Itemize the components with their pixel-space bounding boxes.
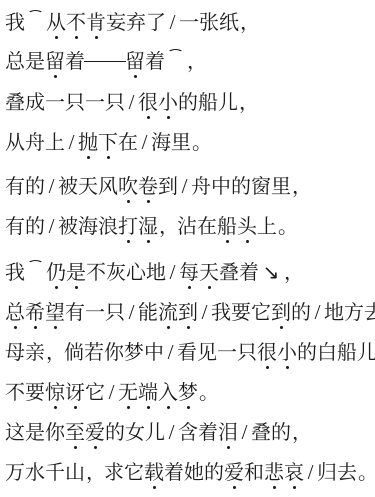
poem-char: 叠 (251, 413, 271, 453)
poem-char: 从 (5, 123, 25, 163)
poem-char: 我 (211, 293, 231, 333)
poem-char-emphasized: 梦 (178, 373, 198, 413)
poem-line: 我从不肯妄弃了/一张纸， (5, 2, 375, 42)
poem-char: 的 (25, 207, 45, 247)
poem-line: 我仍是不灰心地/每天叠着↘， (5, 252, 375, 292)
poem-char: 被 (58, 167, 78, 207)
pause-slash: / (166, 2, 179, 42)
pause-slash: / (198, 292, 211, 332)
poem-char-emphasized: 小 (277, 333, 297, 373)
poem-char: 叠 (5, 83, 25, 123)
pause-slash: / (105, 372, 118, 412)
poem-char: 山 (65, 453, 85, 493)
poem-char-emphasized: 爱 (224, 453, 244, 493)
poem-char: 了 (146, 3, 166, 43)
poem-char: 它 (251, 293, 271, 333)
poem-char: 着 (145, 42, 165, 82)
punctuation: ， (291, 167, 310, 207)
poem-char: 船 (198, 83, 218, 123)
poem-char: 这 (5, 413, 25, 453)
poem-char: 不 (5, 373, 25, 413)
poem-char: 里 (271, 167, 291, 207)
poem-char: 去 (364, 293, 375, 333)
poem-char: 里 (171, 123, 191, 163)
poem-char-emphasized: 头 (237, 207, 257, 247)
poem-char-emphasized: 卷 (138, 167, 158, 207)
punctuation: ， (45, 333, 64, 373)
poem-char: 叠 (219, 253, 239, 293)
poem-char: 若 (84, 333, 104, 373)
poem-char-emphasized: 爱 (85, 413, 105, 453)
pause-slash: / (165, 412, 178, 452)
poem-char-emphasized: 惊 (45, 373, 65, 413)
poem-char: 海 (151, 123, 171, 163)
poem-char: 倘 (64, 333, 84, 373)
poem-char: 不 (86, 253, 106, 293)
poem-char: 儿 (218, 83, 238, 123)
liaison-arc-icon (26, 260, 45, 272)
poem-char: 归 (317, 453, 337, 493)
poem-char: 舟 (191, 167, 211, 207)
poem-char: 浪 (98, 207, 118, 247)
pause-slash: / (125, 292, 138, 332)
poem-char: 在 (118, 123, 138, 163)
punctuation: ， (238, 83, 257, 123)
poem-char: 成 (25, 83, 45, 123)
punctuation: 。 (277, 207, 296, 247)
poem-line: 这是你至爱的女儿/含着泪/叠的， (5, 412, 375, 452)
punctuation: ， (85, 453, 104, 493)
poem-char: 要 (231, 293, 251, 333)
poem-char: 上 (45, 123, 65, 163)
poem-char: 的 (297, 333, 317, 373)
poem-char-emphasized: 讶 (65, 373, 85, 413)
poem-line: 从舟上/抛下在/海里。 (5, 122, 375, 162)
poem-char: 它 (124, 453, 144, 493)
poem-char: 妄 (106, 3, 126, 43)
poem-char: 弃 (126, 3, 146, 43)
falling-tone-arrow-icon: ↘ (259, 252, 283, 292)
poem-char-emphasized: 哀 (284, 453, 304, 493)
punctuation: ， (291, 413, 310, 453)
poem-char-emphasized: 打 (118, 207, 138, 247)
poem-char: 一 (179, 3, 199, 43)
poem-char: 一 (85, 83, 105, 123)
poem-line: 叠成一只一只/很小的船儿， (5, 82, 375, 122)
poem-char-emphasized: 每 (179, 253, 199, 293)
poem-char: 着 (65, 42, 85, 82)
poem-char: 的 (291, 293, 311, 333)
poem-char-emphasized: 到 (178, 293, 198, 333)
poem-char: 万 (5, 453, 25, 493)
poem-char-emphasized: 悲 (264, 453, 284, 493)
poem-char: 纸 (219, 3, 239, 43)
punctuation: 。 (198, 373, 217, 413)
punctuation: ， (186, 42, 205, 82)
poem-char: 有 (5, 207, 25, 247)
poem-char-emphasized: 泪 (218, 413, 238, 453)
pause-slash: / (45, 166, 58, 206)
pause-slash: / (178, 166, 191, 206)
poem-char: 的 (105, 413, 125, 453)
poem-char: 白 (317, 333, 337, 373)
poem-char-emphasized: 流 (158, 293, 178, 333)
poem-char: 看 (177, 333, 197, 373)
poem-char-emphasized: 留 (125, 42, 145, 82)
poem-char-emphasized: 仍 (46, 253, 66, 293)
poem-char: 见 (197, 333, 217, 373)
dash-mark (105, 42, 125, 82)
poem-char: 含 (178, 413, 198, 453)
poem-text: 我从不肯妄弃了/一张纸，总是留着留着，叠成一只一只/很小的船儿，从舟上/抛下在/… (0, 0, 375, 492)
poem-line: 有的/被天风吹卷到/舟中的窗里， (5, 166, 375, 206)
poem-char: 灰 (106, 253, 126, 293)
poem-char: 中 (211, 167, 231, 207)
pause-slash: / (45, 206, 58, 246)
poem-line: 有的/被海浪打湿，沾在船头上。 (5, 206, 375, 246)
poem-char-emphasized: 湿 (138, 207, 158, 247)
poem-line: 万水千山，求它载着她的爱和悲哀/归去。 (5, 452, 375, 492)
poem-char-emphasized: 无 (118, 373, 138, 413)
poem-char: 一 (45, 83, 65, 123)
poem-char-emphasized: 入 (158, 373, 178, 413)
poem-char-emphasized: 从 (46, 3, 66, 43)
poem-line: 总是留着留着， (5, 42, 375, 82)
poem-char: 求 (104, 453, 124, 493)
poem-char-emphasized: 望 (45, 293, 65, 333)
poem-char: 只 (105, 83, 125, 123)
poem-char: 张 (199, 3, 219, 43)
liaison-arc-icon (26, 10, 45, 22)
poem-char-emphasized: 天 (199, 253, 219, 293)
poem-char-emphasized: 很 (138, 83, 158, 123)
poem-char: 去 (337, 453, 357, 493)
poem-char-emphasized: 希 (25, 293, 45, 333)
poem-char: 的 (25, 167, 45, 207)
liaison-arc-icon (166, 49, 185, 61)
poem-line: 不要惊讶它/无端入梦。 (5, 372, 375, 412)
poem-char: 窗 (251, 167, 271, 207)
poem-char: 只 (237, 333, 257, 373)
poem-char: 它 (85, 373, 105, 413)
poem-char-emphasized: 是 (66, 253, 86, 293)
poem-char: 你 (45, 413, 65, 453)
poem-char: 有 (65, 293, 85, 333)
poem-char-emphasized: 至 (65, 413, 85, 453)
poem-char: 着 (239, 253, 259, 293)
poem-char-emphasized: 抛 (78, 123, 98, 163)
poem-char: 梦 (124, 333, 144, 373)
poem-char: 是 (25, 413, 45, 453)
poem-char: 儿 (145, 413, 165, 453)
punctuation: ， (239, 3, 258, 43)
poem-char: 的 (178, 83, 198, 123)
poem-char: 和 (244, 453, 264, 493)
pause-slash: / (164, 332, 177, 372)
poem-char: 沾 (177, 207, 197, 247)
poem-char: 地 (324, 293, 344, 333)
poem-char: 风 (98, 167, 118, 207)
pause-slash: / (166, 252, 179, 292)
poem-char-emphasized: 小 (158, 83, 178, 123)
poem-char: 女 (125, 413, 145, 453)
pause-slash: / (65, 122, 78, 162)
poem-char-emphasized: 到 (271, 293, 291, 333)
punctuation: ， (158, 207, 177, 247)
poem-char: 儿 (357, 333, 375, 373)
poem-char: 母 (5, 333, 25, 373)
poem-char: 的 (271, 413, 291, 453)
poem-char-emphasized: 船 (217, 207, 237, 247)
poem-char: 亲 (25, 333, 45, 373)
punctuation: ， (283, 253, 302, 293)
poem-char: 海 (78, 207, 98, 247)
poem-char: 千 (45, 453, 65, 493)
poem-line: 总希望有一只/能流到/我要它到的/地方去。 (5, 292, 375, 332)
poem-char: 天 (78, 167, 98, 207)
poem-char-emphasized: 很 (257, 333, 277, 373)
poem-char: 只 (65, 83, 85, 123)
poem-char: 的 (204, 453, 224, 493)
poem-char-emphasized: 吹 (118, 167, 138, 207)
poem-char: 船 (337, 333, 357, 373)
poem-char: 是 (25, 42, 45, 82)
pause-slash: / (138, 122, 151, 162)
poem-char-emphasized: 总 (5, 293, 25, 333)
poem-char: 着 (164, 453, 184, 493)
poem-char: 着 (198, 413, 218, 453)
poem-char: 能 (138, 293, 158, 333)
poem-char: 我 (5, 253, 25, 293)
pause-slash: / (238, 412, 251, 452)
poem-char: 水 (25, 453, 45, 493)
poem-char: 我 (5, 3, 25, 43)
poem-char: 要 (25, 373, 45, 413)
poem-char-emphasized: 肯 (86, 3, 106, 43)
poem-char-emphasized: 留 (45, 42, 65, 82)
poem-char: 的 (231, 167, 251, 207)
poem-char-emphasized: 下 (98, 123, 118, 163)
punctuation: 。 (191, 123, 210, 163)
poem-char-emphasized: 不 (66, 3, 86, 43)
poem-char: 舟 (25, 123, 45, 163)
poem-char: 只 (105, 293, 125, 333)
poem-char: 心 (126, 253, 146, 293)
pause-slash: / (125, 82, 138, 122)
punctuation: 。 (357, 453, 375, 493)
poem-char: 中 (144, 333, 164, 373)
dash-mark (85, 42, 105, 82)
poem-char: 总 (5, 42, 25, 82)
poem-char-emphasized: 载 (144, 453, 164, 493)
pause-slash: / (311, 292, 324, 332)
poem-char: 到 (158, 167, 178, 207)
poem-char: 一 (217, 333, 237, 373)
pause-slash: / (304, 452, 317, 492)
poem-char: 有 (5, 167, 25, 207)
poem-line: 母亲，倘若你梦中/看见一只很小的白船儿， (5, 332, 375, 372)
poem-char: 被 (58, 207, 78, 247)
poem-char: 地 (146, 253, 166, 293)
poem-char: 在 (197, 207, 217, 247)
poem-char: 方 (344, 293, 364, 333)
poem-char-emphasized: 端 (138, 373, 158, 413)
poem-char: 一 (85, 293, 105, 333)
poem-char: 上 (257, 207, 277, 247)
poem-char: 你 (104, 333, 124, 373)
poem-char: 她 (184, 453, 204, 493)
